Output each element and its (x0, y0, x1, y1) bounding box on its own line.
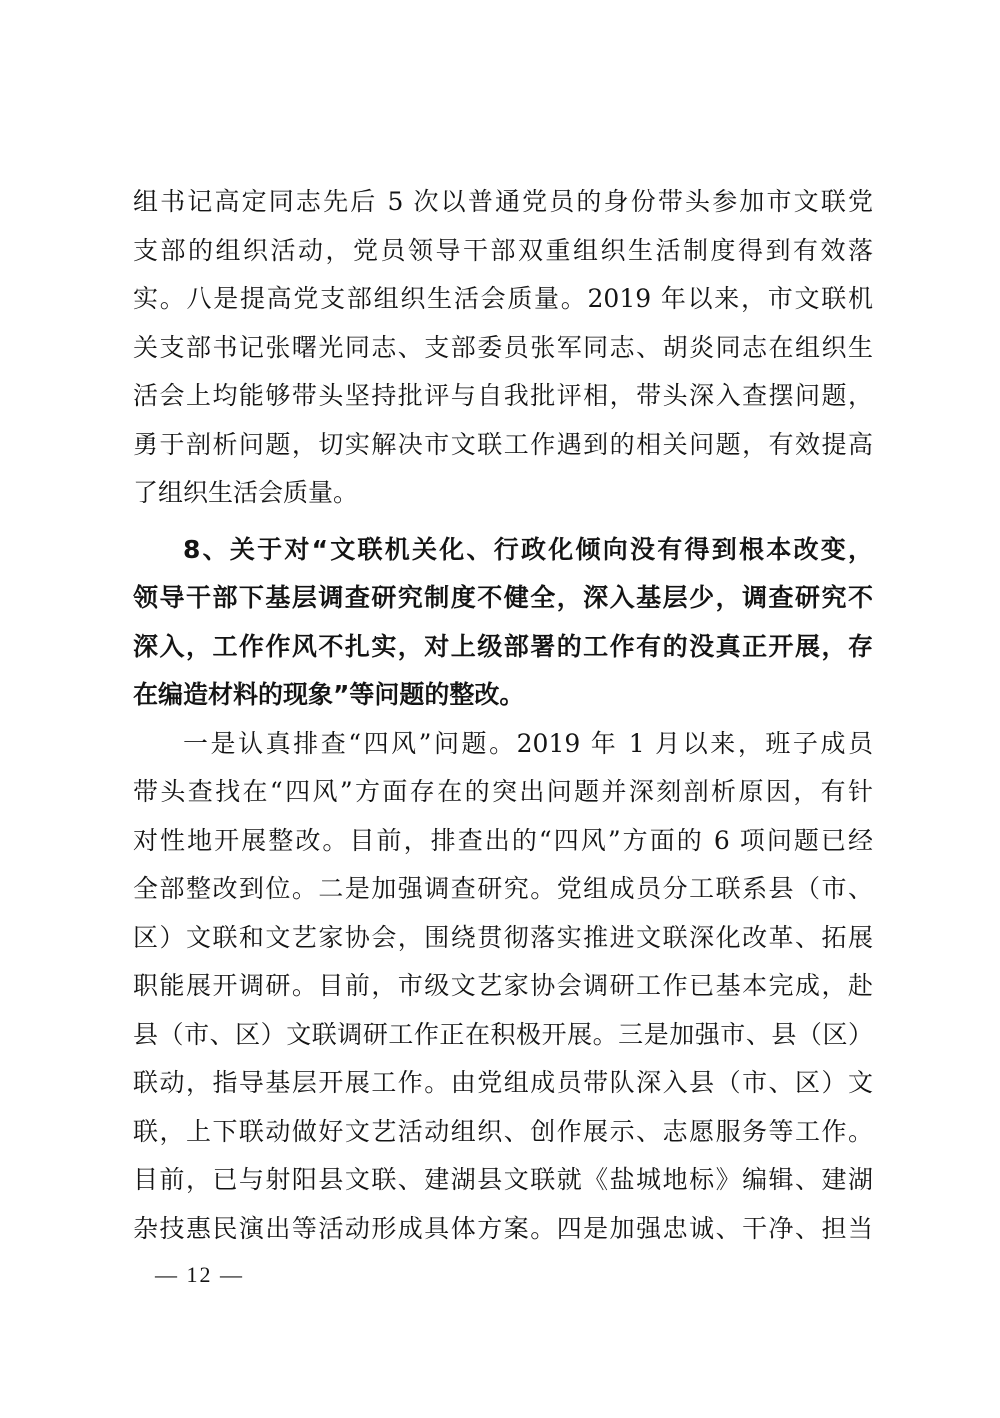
heading-line: 深入，工作作风不扎实，对上级部署的工作有的没真正开展，存 (133, 623, 873, 672)
text-line: 关支部书记张曙光同志、支部委员张军同志、胡炎同志在组织生 (133, 324, 873, 373)
text-line: 实。八是提高党支部组织生活会质量。2019 年以来，市文联机 (133, 275, 873, 324)
text-line: 目前，已与射阳县文联、建湖县文联就《盐城地标》编辑、建湖 (133, 1156, 873, 1205)
text-line: 带头查找在“四风”方面存在的突出问题并深刻剖析原因，有针 (133, 768, 873, 817)
document-body: 组书记高定同志先后 5 次以普通党员的身份带头参加市文联党 支部的组织活动，党员… (133, 178, 873, 1253)
text-line: 县（市、区）文联调研工作正在积极开展。三是加强市、县（区） (133, 1011, 873, 1060)
text-line: 一是认真排查“四风”问题。2019 年 1 月以来，班子成员 (133, 720, 873, 769)
text-line: 杂技惠民演出等活动形成具体方案。四是加强忠诚、干净、担当 (133, 1205, 873, 1254)
text-line: 区）文联和文艺家协会，围绕贯彻落实推进文联深化改革、拓展 (133, 914, 873, 963)
text-line: 支部的组织活动，党员领导干部双重组织生活制度得到有效落 (133, 227, 873, 276)
heading-line: 领导干部下基层调查研究制度不健全，深入基层少，调查研究不 (133, 574, 873, 623)
section-heading-8: 8、关于对“文联机关化、行政化倾向没有得到根本改变， 领导干部下基层调查研究制度… (133, 526, 873, 720)
text-line: 了组织生活会质量。 (133, 469, 873, 518)
heading-line: 8、关于对“文联机关化、行政化倾向没有得到根本改变， (133, 526, 873, 575)
text-line: 勇于剖析问题，切实解决市文联工作遇到的相关问题，有效提高 (133, 421, 873, 470)
text-line: 联，上下联动做好文艺活动组织、创作展示、志愿服务等工作。 (133, 1108, 873, 1157)
text-line: 组书记高定同志先后 5 次以普通党员的身份带头参加市文联党 (133, 178, 873, 227)
paragraph-rectification-measures: 一是认真排查“四风”问题。2019 年 1 月以来，班子成员 带头查找在“四风”… (133, 720, 873, 1254)
paragraph-party-organization-life: 组书记高定同志先后 5 次以普通党员的身份带头参加市文联党 支部的组织活动，党员… (133, 178, 873, 518)
heading-line: 在编造材料的现象”等问题的整改。 (133, 671, 873, 720)
text-line: 职能展开调研。目前，市级文艺家协会调研工作已基本完成，赴 (133, 962, 873, 1011)
text-line: 活会上均能够带头坚持批评与自我批评相，带头深入查摆问题， (133, 372, 873, 421)
text-line: 全部整改到位。二是加强调查研究。党组成员分工联系县（市、 (133, 865, 873, 914)
text-line: 对性地开展整改。目前，排查出的“四风”方面的 6 项问题已经 (133, 817, 873, 866)
page-number: — 12 — (155, 1262, 244, 1288)
paragraph-spacer (133, 518, 873, 526)
document-page: 组书记高定同志先后 5 次以普通党员的身份带头参加市文联党 支部的组织活动，党员… (0, 0, 1000, 1418)
text-line: 联动，指导基层开展工作。由党组成员带队深入县（市、区）文 (133, 1059, 873, 1108)
